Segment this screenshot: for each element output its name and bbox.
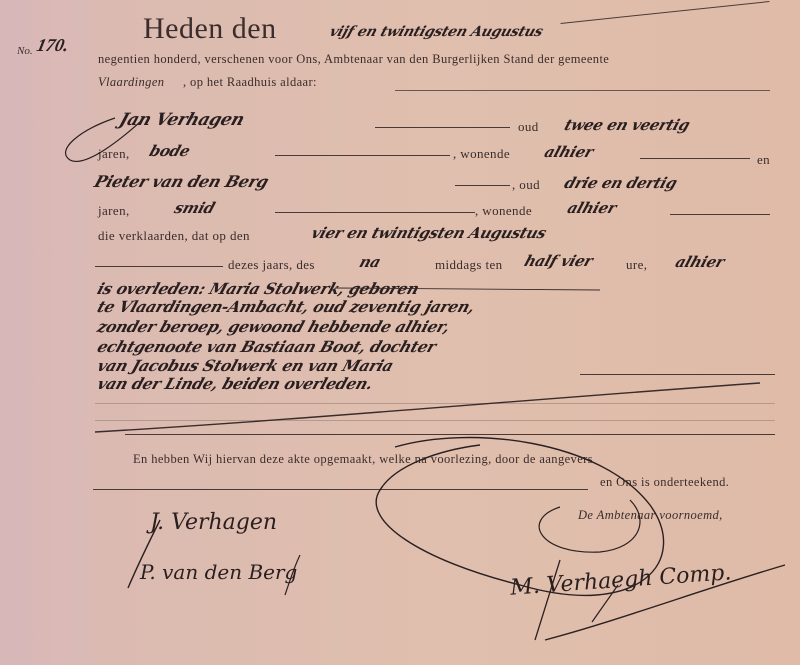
title-text: Heden den — [143, 12, 277, 45]
printed-dezes-jaars: dezes jaars, des — [228, 257, 315, 273]
printed-closing-1: En hebben Wij hiervan deze akte opgemaak… — [133, 452, 593, 467]
strike-line — [561, 1, 770, 24]
certificate-number: 170. — [35, 35, 71, 56]
printed-en: en — [757, 152, 770, 168]
rule-line — [375, 127, 510, 128]
printed-line-2: negentien honderd, verschenen voor Ons, … — [98, 52, 609, 67]
printed-jaren: jaren, — [98, 146, 130, 162]
hw-body-line: van Jacobus Stolwerk en van Maria — [95, 356, 396, 375]
rule-line — [395, 90, 770, 91]
hw-witness1-name: Jan Verhagen — [117, 110, 247, 130]
printed-closing-2: en Ons is onderteekend. — [600, 475, 729, 490]
signature-witness-1: J. Verhagen — [150, 510, 277, 535]
printed-jaren-2: jaren, — [98, 203, 130, 219]
printed-wonende-2: , wonende — [475, 203, 532, 219]
faint-rule — [95, 420, 775, 421]
hw-witness2-age: drie en dertig — [562, 174, 679, 192]
page-margin — [0, 0, 90, 665]
printed-verklaarden: die verklaarden, dat op den — [98, 228, 250, 244]
hw-date-words: vijf en twintigsten Augustus — [327, 24, 544, 40]
rule-line — [93, 489, 588, 490]
certificate-page: No. 170. Heden den vijf en twintigsten A… — [0, 0, 800, 665]
printed-oud: oud — [518, 119, 539, 135]
hw-time-of-day: na — [357, 253, 383, 271]
hw-body-line: te Vlaardingen-Ambacht, oud zeventig jar… — [95, 297, 478, 316]
rule-line — [580, 374, 775, 375]
municipality-name: Vlaardingen — [98, 75, 164, 90]
hw-place: alhier — [673, 253, 727, 271]
official-caption: De Ambtenaar voornoemd, — [578, 508, 723, 523]
hw-witness2-name: Pieter van den Berg — [92, 172, 271, 191]
rule-line — [275, 212, 475, 213]
hw-body-line: van der Linde, beiden overleden. — [95, 374, 376, 393]
hw-body-line: zonder beroep, gewoond hebbende alhier, — [95, 317, 452, 336]
printed-ure: ure, — [626, 257, 647, 273]
rule-line — [640, 158, 750, 159]
printed-oud-2: , oud — [512, 177, 540, 193]
hw-body-line: is overleden: Maria Stolwerk, geboren — [95, 279, 422, 298]
hw-witness1-residence: alhier — [542, 143, 596, 161]
hw-body-line: echtgenoote van Bastiaan Boot, dochter — [95, 337, 439, 356]
rule-line — [275, 155, 450, 156]
rule-line — [455, 185, 510, 186]
hw-witness2-occupation: smid — [172, 199, 217, 217]
rule-line — [125, 434, 775, 435]
signature-official: M. Verhaegh Comp. — [509, 560, 732, 600]
number-label: No. — [17, 45, 33, 57]
hw-witness2-residence: alhier — [565, 199, 619, 217]
faint-rule — [95, 403, 775, 404]
hw-death-date: vier en twintigsten Augustus — [309, 224, 548, 242]
hw-hour: half vier — [522, 252, 595, 270]
hw-witness1-age: twee en veertig — [562, 116, 692, 134]
rule-line — [670, 214, 770, 215]
printed-line-3: , op het Raadhuis aldaar: — [183, 75, 317, 90]
printed-wonende: , wonende — [453, 146, 510, 162]
printed-middags-ten: middags ten — [435, 257, 503, 273]
document-title: Heden den — [143, 12, 277, 46]
hw-witness1-occupation: bode — [147, 142, 192, 160]
rule-line — [95, 266, 223, 267]
signature-witness-2: P. van den Berg — [140, 560, 297, 584]
